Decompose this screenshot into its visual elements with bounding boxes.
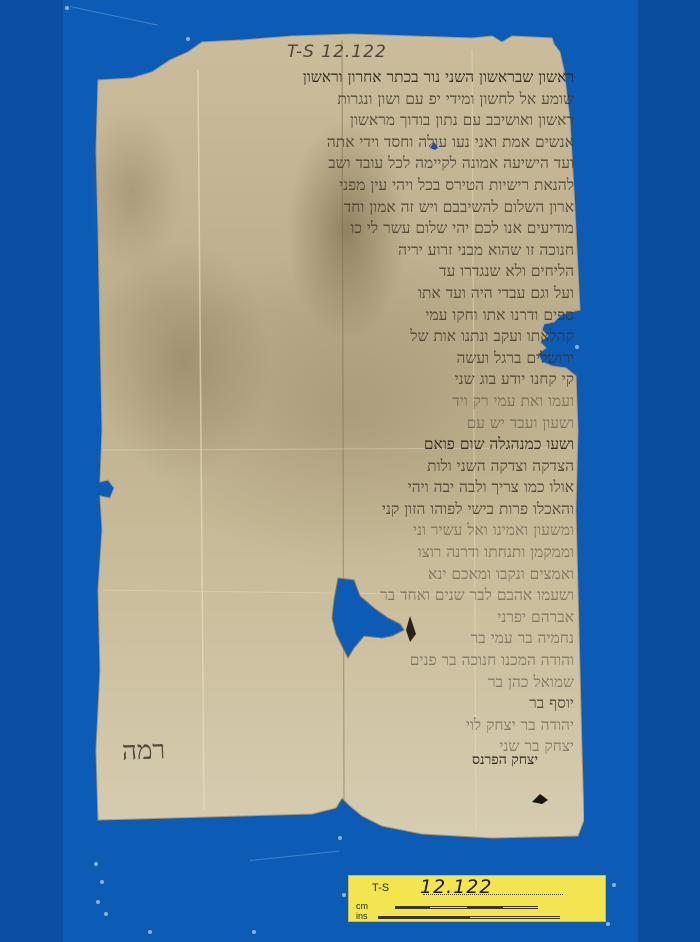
scale-bar-ins-segment [470, 916, 560, 919]
label-collection: T-S [372, 882, 389, 894]
text-line: ומשעון ואמינו ואל עשיר וני [104, 520, 574, 542]
board-speck [606, 922, 610, 926]
board-speck [96, 900, 100, 904]
text-line: ושעמו אהבם לבר שנים ואחד בר [104, 585, 574, 607]
label-dotted-line [423, 894, 563, 895]
shelfmark-label: T-S 12.122 cm ins [348, 875, 606, 922]
shelfmark-annotation: T-S 12.122 [287, 42, 387, 62]
text-line: הליחים ולא שנגדרו עד [104, 261, 574, 283]
text-line: יוסף בר [104, 693, 574, 715]
text-line: להנאת רישיות הטירס בכל ויהי עין מפני [104, 175, 574, 197]
text-line: ספים ודרנו אתו וחקו עמי [104, 305, 574, 327]
text-line: קי קחנו יודע בוג שני [104, 369, 574, 391]
text-line: קהלאתו ועקב ונתנו אות של [104, 326, 574, 348]
board-speck [104, 912, 108, 916]
text-line: ושעון ועבד יש עם [104, 413, 574, 435]
scale-bar-cm-segment [395, 906, 430, 909]
board-speck [148, 930, 152, 934]
text-line: הצדקה וצדקה השני ולות [104, 456, 574, 478]
text-line: ועד הישיעה אמונה לקיימה לכל עובד ושב [104, 153, 574, 175]
board-speck [65, 6, 69, 10]
text-line: נחמיה בר עמי בר [104, 628, 574, 650]
text-line: וממקמן ותנחתו ודרנה רוצו [104, 542, 574, 564]
text-line: ועל וגם עבדי היה ועד אתו [104, 283, 574, 305]
text-line: אנשים אמת ואני נעו עולה וחסד וידי אתה [104, 132, 574, 154]
text-line: ואמצים ונקבו ומאכם ינא [104, 564, 574, 586]
board-speck [100, 880, 104, 884]
text-line: אברהם יפרני [104, 607, 574, 629]
board-speck [94, 862, 98, 866]
scale-bar-cm-segment [430, 906, 467, 909]
text-line: ראשון שבראשון השני נור בכתר אחרון וראשון [104, 67, 574, 89]
scale-bar-ins-segment [378, 916, 470, 919]
text-line: והאכלו פרות בישי לפוהו הזון קני [104, 499, 574, 521]
scale-ins-label: ins [356, 911, 368, 921]
board-speck [342, 893, 346, 897]
text-line: ארון השלום להשיבבם ויש זה אמון וחד [104, 197, 574, 219]
text-line: אולו כמו צריך ולבה יבה ויהי [104, 477, 574, 499]
text-line: והודה המכנו חנוכה בר פנים [104, 650, 574, 672]
text-line: שומע אל לחשון ומידי יפ עם ושון ונגרות [104, 89, 574, 111]
text-line: שמואל כהן בר [104, 672, 574, 694]
board-speck [252, 930, 256, 934]
text-line: מודיעים אנו לכם יהי שלום עשר לי כו [104, 218, 574, 240]
manuscript-fragment: T-S 12.122 ראשון שבראשון השני נור בכתר א… [92, 30, 584, 845]
text-line: יהודה בר יצחק לוי [104, 715, 574, 737]
margin-scribble: רמה [121, 735, 165, 766]
text-line: ועמו ואת עמי רק ויד [104, 391, 574, 413]
text-line: חנוכה זו שהוא מבני זרוע יריה [104, 240, 574, 262]
backing-board-left-strip [0, 0, 63, 942]
scale-cm-label: cm [356, 901, 368, 911]
backing-board-right-strip [638, 0, 700, 942]
text-line: ושעו כמנהגלה שום פואם [104, 434, 574, 456]
text-line: ראשון ואושיבב עם נתון בודוך מראשון [104, 110, 574, 132]
scale-bar-cm-segment [503, 906, 538, 909]
manuscript-text: ראשון שבראשון השני נור בכתר אחרון וראשון… [104, 67, 574, 758]
signature: יצחק הפרנס [472, 752, 538, 769]
scale-bar-cm-segment [467, 906, 503, 909]
text-line: ירושלים ברגל ועשה [104, 348, 574, 370]
board-speck [612, 883, 616, 887]
